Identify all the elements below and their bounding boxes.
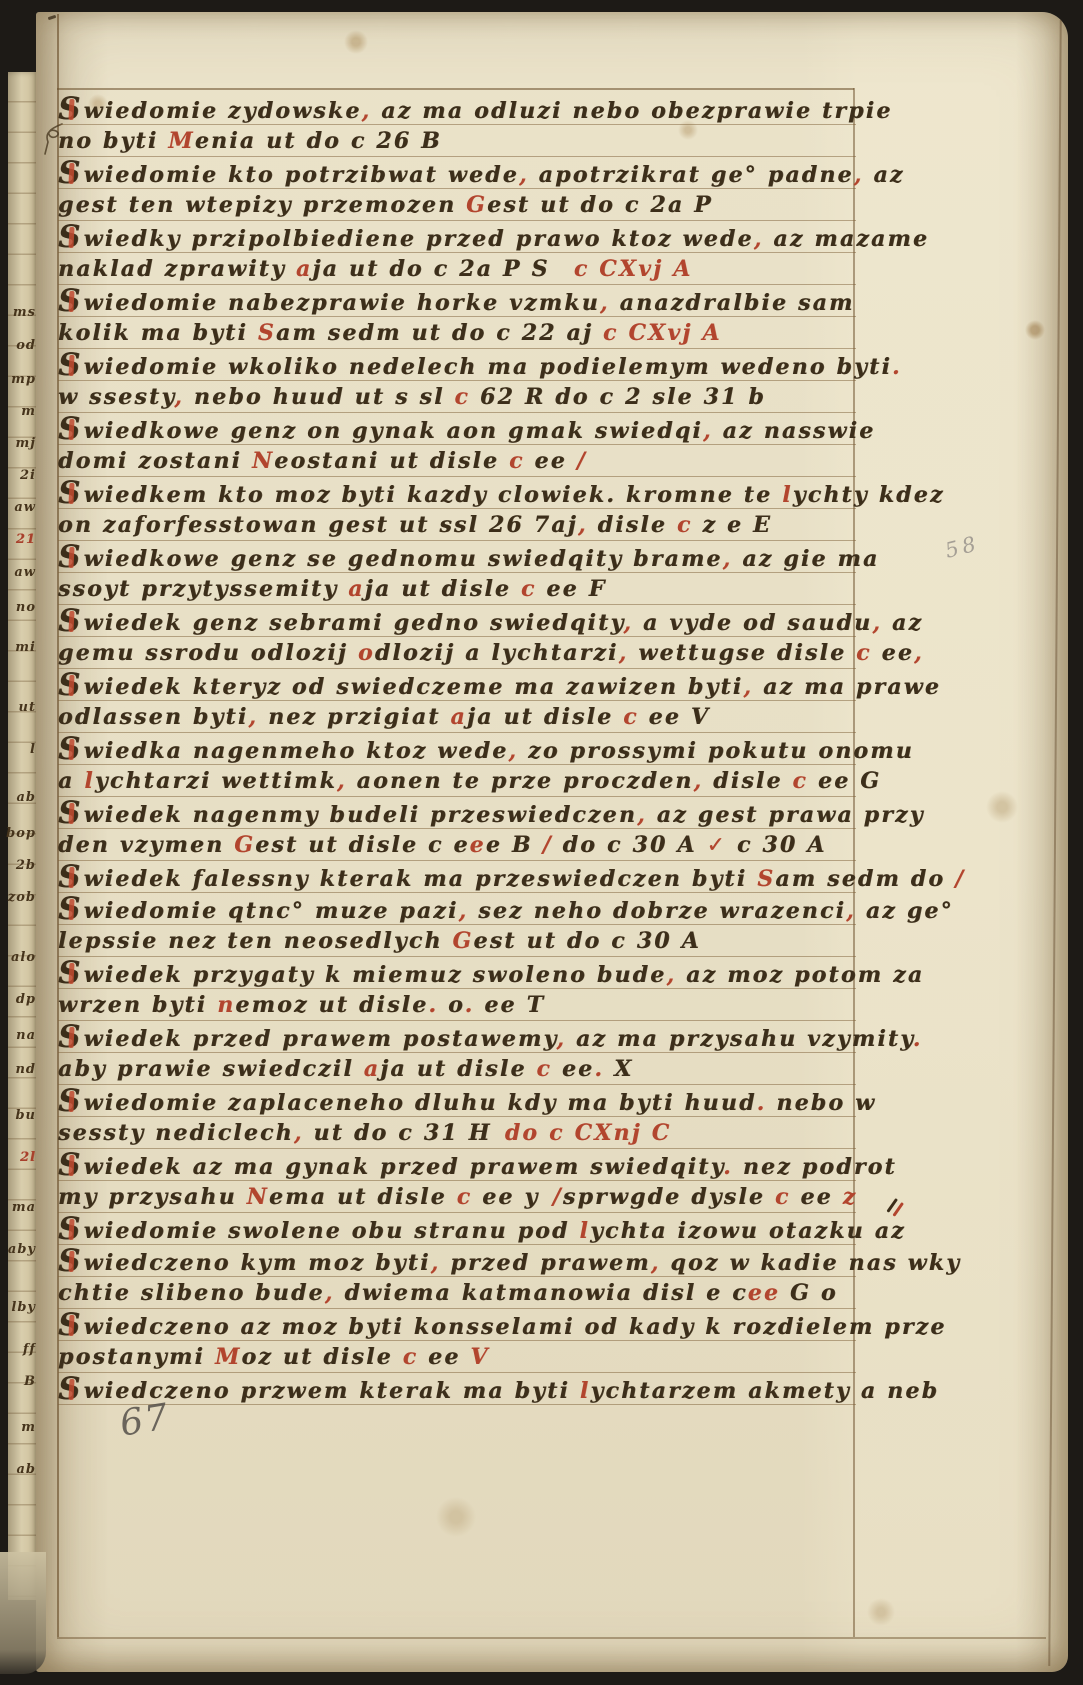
manuscript-line: Swiedek falessny kterak ma przeswiedczen…: [58, 861, 856, 893]
entry-initial: S: [58, 222, 83, 252]
manuscript-line: w ssesty, nebo huud ut s sl c 62 R do c …: [58, 381, 856, 413]
text-segment: wiedomie nabezprawie horke vzmku: [84, 290, 600, 316]
manuscript-line: a lychtarzi wettimk, aonen te prze procz…: [58, 765, 856, 797]
text-segment: l: [84, 768, 95, 794]
text-segment: e B: [486, 832, 533, 858]
text-segment: n: [217, 992, 235, 1018]
text-segment: ,: [703, 418, 713, 444]
text-segment: lepssie nez ten neosedlych: [58, 928, 453, 954]
entry-initial: S: [58, 734, 83, 764]
text-segment: ,: [914, 640, 924, 666]
text-segment: wettugse disle: [628, 640, 856, 666]
text-segment: c: [677, 512, 693, 538]
text-segment: ,: [578, 512, 588, 538]
text-segment: ema ut disle: [269, 1184, 457, 1210]
gutter-text-fragment: ma: [12, 1200, 36, 1215]
text-segment: ,: [362, 98, 372, 124]
text-segment: wiedek nagenmy budeli przeswiedczen: [84, 802, 637, 828]
manuscript-line: postanymi Moz ut disle c ee V: [58, 1341, 856, 1373]
text-segment: N: [247, 1184, 269, 1210]
text-segment: gest ten wtepizy przemozen: [58, 192, 466, 218]
text-segment: N: [252, 448, 274, 474]
text-segment: wiedomie kto potrzibwat wede: [84, 162, 519, 188]
manuscript-line: sessty nediclech, ut do c 31 H do c CXnj…: [58, 1117, 856, 1149]
text-segment: c: [521, 576, 537, 602]
text-segment: ut do c 31 H: [304, 1120, 505, 1146]
gutter-text-fragment: B: [24, 1374, 36, 1389]
text-segment: ee: [748, 1280, 780, 1306]
text-segment: wiedek przygaty k miemuz swoleno bude: [84, 962, 667, 988]
text-segment: M: [168, 128, 195, 154]
text-segment: odlassen byti: [58, 704, 248, 730]
text-segment: ,: [431, 1250, 441, 1276]
manuscript-line: Swiedek genz sebrami gedno swiedqity, a …: [58, 605, 856, 637]
text-segment: no byti: [58, 128, 168, 154]
manuscript-photo: msodmpmmj2iaw21awnomiutlabbop2bzobalodpn…: [0, 0, 1083, 1685]
text-segment: sprwgde dysle: [563, 1184, 775, 1210]
text-segment: am sedm do: [775, 866, 945, 892]
text-segment: ,: [600, 290, 610, 316]
text-segment: wiedek falessny kterak ma przeswiedczen …: [84, 866, 758, 892]
text-segment: ,: [174, 384, 184, 410]
entry-initial: S: [58, 1150, 83, 1180]
text-segment: ,: [619, 640, 629, 666]
manuscript-line: Swiedczeno przwem kterak ma byti lychtar…: [58, 1373, 856, 1405]
text-segment: w ssesty: [58, 384, 174, 410]
text-segment: enia ut do c 26 B: [195, 128, 442, 154]
gutter-text-fragment: dp: [16, 992, 36, 1007]
text-segment: c: [793, 768, 809, 794]
text-segment: az mazame: [764, 226, 930, 252]
text-segment: .: [723, 1154, 733, 1180]
text-segment: gemu ssrodu odlozij: [58, 640, 358, 666]
manuscript-line: Swiedomie nabezprawie horke vzmku, anazd…: [58, 285, 856, 317]
text-segment: eostani ut disle: [274, 448, 509, 474]
text-segment: /: [945, 866, 965, 892]
manuscript-line: Swiedek przed prawem postawemy, az ma pr…: [58, 1021, 856, 1053]
entry-initial: S: [58, 894, 83, 924]
text-segment: ,: [754, 226, 764, 252]
text-segment: M: [215, 1344, 242, 1370]
manuscript-line: kolik ma byti Sam sedm ut do c 22 aj c C…: [58, 317, 856, 349]
text-segment: .: [428, 992, 438, 1018]
manuscript-line: lepssie nez ten neosedlych Gest ut do c …: [58, 925, 856, 957]
page-crease: [1048, 20, 1061, 1666]
text-segment: .: [757, 1090, 767, 1116]
manuscript-line: Swiedkowe genz on gynak aon gmak swiedqi…: [58, 413, 856, 445]
text-segment: ychty kdez: [793, 482, 945, 508]
gutter-text-fragment: mp: [11, 372, 36, 387]
text-segment: az ma odluzi nebo obezprawie trpie: [371, 98, 892, 124]
text-segment: ,: [623, 610, 633, 636]
text-segment: ✓: [706, 832, 727, 858]
entry-initial: S: [58, 414, 83, 444]
text-segment: c: [403, 1344, 419, 1370]
text-segment: sez neho dobrze wrazenci: [468, 898, 846, 924]
text-segment: .: [892, 354, 902, 380]
text-segment: wiedomie qtnc° muze pazi: [84, 898, 459, 924]
entry-initial: S: [58, 1086, 83, 1116]
text-segment: z e E: [693, 512, 772, 538]
text-segment: ,: [337, 768, 347, 794]
text-segment: G: [234, 832, 255, 858]
text-segment: G o: [780, 1280, 838, 1306]
entry-initial: S: [58, 1214, 83, 1244]
text-segment: az gie ma: [732, 546, 879, 572]
text-segment: az moz potom za: [676, 962, 924, 988]
text-segment: ja ut disle: [467, 704, 623, 730]
entry-initial: S: [58, 798, 83, 828]
text-segment: ja ut do c 2a P S: [312, 256, 573, 282]
text-segment: wiedek kteryz od swiedczeme ma zawizen b…: [84, 674, 744, 700]
text-segment: S: [258, 320, 276, 346]
manuscript-line: on zaforfesstowan gest ut ssl 26 7aj, di…: [58, 509, 856, 541]
gutter-text-fragment: aw: [14, 565, 36, 580]
text-segment: ee F: [537, 576, 607, 602]
manuscript-lines: Swiedomie zydowske, az ma odluzi nebo ob…: [58, 93, 856, 1405]
manuscript-line: Swiedczeno az moz byti konsselami od kad…: [58, 1309, 856, 1341]
entry-initial: S: [58, 1374, 83, 1404]
text-segment: c: [457, 1184, 473, 1210]
text-segment: c 30 A: [727, 832, 826, 858]
text-segment: G: [453, 928, 474, 954]
text-segment: wiedky przipolbiediene przed prawo ktoz …: [84, 226, 754, 252]
text-segment: ,: [846, 898, 856, 924]
entry-initial: S: [58, 94, 83, 124]
text-segment: ee T: [475, 992, 546, 1018]
text-segment: ee V: [639, 704, 710, 730]
manuscript-line: Swiedek kteryz od swiedczeme ma zawizen …: [58, 669, 856, 701]
text-segment: az nasswie: [713, 418, 876, 444]
text-segment: ,: [519, 162, 529, 188]
gutter-text-fragment: 2b: [16, 858, 36, 873]
gutter-text-fragment: 2l: [20, 1150, 36, 1165]
text-segment: o: [438, 992, 464, 1018]
text-segment: ee: [791, 1184, 833, 1210]
manuscript-line: gemu ssrodu odlozij odlozij a lychtarzi,…: [58, 637, 856, 669]
text-segment: ja ut disle: [365, 576, 521, 602]
text-segment: c CXvj A: [603, 320, 722, 346]
text-segment: nez przigiat: [258, 704, 450, 730]
manuscript-line: aby prawie swiedczil aja ut disle c ee. …: [58, 1053, 856, 1085]
text-segment: przed prawem: [441, 1250, 651, 1276]
text-segment: .: [594, 1056, 604, 1082]
manuscript-line: my przysahu Nema ut disle c ee y /sprwgd…: [58, 1181, 856, 1213]
text-segment: az ma prawe: [753, 674, 941, 700]
text-segment: ychtarzi wettimk: [95, 768, 337, 794]
manuscript-line: Swiedkem kto moz byti kazdy clowiek. kro…: [58, 477, 856, 509]
text-segment: nebo w: [767, 1090, 877, 1116]
text-segment: ,: [651, 1250, 661, 1276]
text-segment: dlozij a lychtarzi: [375, 640, 619, 666]
gutter-text-fragment: 21: [16, 532, 36, 547]
text-segment: disle: [588, 512, 677, 538]
text-segment: ssoyt przytyssemity: [58, 576, 348, 602]
text-segment: wiedczeno kym moz byti: [84, 1250, 431, 1276]
text-segment: c CXvj A: [574, 256, 693, 282]
text-segment: l: [580, 1378, 591, 1404]
text-segment: nebo huud ut s sl: [184, 384, 454, 410]
text-segment: ,: [325, 1280, 335, 1306]
text-segment: wiedkowe genz se gednomu swiedqity brame: [84, 546, 723, 572]
text-segment: a: [364, 1056, 380, 1082]
corner-pen-mark: [48, 15, 57, 20]
text-segment: emoz ut disle: [235, 992, 428, 1018]
text-segment: wiedomie zaplaceneho dluhu kdy ma byti h…: [84, 1090, 757, 1116]
text-segment: wrzen byti: [58, 992, 217, 1018]
gutter-text-fragment: ut: [19, 700, 36, 715]
text-segment: ,: [294, 1120, 304, 1146]
text-segment: wiedczeno az moz byti konsselami od kady…: [84, 1314, 947, 1340]
text-segment: az: [864, 162, 905, 188]
text-segment: domi zostani: [58, 448, 252, 474]
text-segment: ee G: [808, 768, 881, 794]
gutter-text-fragment: m: [21, 404, 36, 419]
text-segment: ,: [459, 898, 469, 924]
text-segment: anazdralbie sam: [610, 290, 855, 316]
text-segment: my przysahu: [58, 1184, 247, 1210]
text-segment: am sedm ut do c 22 aj: [276, 320, 603, 346]
text-segment: do c 30 A: [553, 832, 707, 858]
gutter-text-fragment: bu: [15, 1108, 36, 1123]
text-segment: ,: [872, 610, 882, 636]
text-segment: ychta izowu otazku az: [590, 1218, 906, 1244]
text-segment: aby prawie swiedczil: [58, 1056, 364, 1082]
gutter-text-fragment: ff: [23, 1342, 36, 1357]
text-segment: /: [553, 1184, 563, 1210]
text-segment: .: [913, 1026, 923, 1052]
text-segment: naklad zprawity: [58, 256, 296, 282]
gutter-text-fragment: m: [21, 1420, 36, 1435]
manuscript-line: odlassen byti, nez przigiat aja ut disle…: [58, 701, 856, 733]
text-segment: az ge°: [856, 898, 954, 924]
gutter-text-fragment: mi: [15, 640, 36, 655]
text-segment: ,: [556, 1026, 566, 1052]
text-segment: aonen te prze proczden: [347, 768, 694, 794]
gutter-text-fragment: aby: [8, 1242, 36, 1257]
manuscript-line: Swiedczeno kym moz byti, przed prawem, q…: [58, 1245, 856, 1277]
entry-initial: S: [58, 158, 83, 188]
text-segment: on zaforfesstowan gest ut ssl 26 7aj: [58, 512, 578, 538]
manuscript-line: Swiedomie zydowske, az ma odluzi nebo ob…: [58, 93, 856, 125]
manuscript-line: Swiedek nagenmy budeli przeswiedczen, az…: [58, 797, 856, 829]
manuscript-line: ssoyt przytyssemity aja ut disle c ee F: [58, 573, 856, 605]
text-segment: S: [757, 866, 775, 892]
text-segment: disle: [703, 768, 792, 794]
text-segment: ,: [666, 962, 676, 988]
text-segment: l: [580, 1218, 591, 1244]
top-frame-rule: [57, 88, 854, 90]
text-segment: do c CXnj C: [505, 1120, 672, 1146]
text-segment: oz ut disle: [242, 1344, 403, 1370]
text-segment: est ut disle c e: [255, 832, 469, 858]
text-segment: dwiema katmanowia disl e c: [335, 1280, 748, 1306]
text-segment: ee: [872, 640, 914, 666]
entry-initial: S: [58, 606, 83, 636]
gutter-text-fragment: na: [16, 1028, 36, 1043]
gutter-text-fragment: ms: [13, 305, 36, 320]
text-segment: nez podrot: [733, 1154, 897, 1180]
text-segment: wiedka nagenmeho ktoz wede: [84, 738, 509, 764]
text-segment: zo prossymi pokutu onomu: [518, 738, 914, 764]
manuscript-line: Swiedomie swolene obu stranu pod lychta …: [58, 1213, 856, 1245]
gutter-text-fragment: nd: [15, 1062, 36, 1077]
manuscript-line: gest ten wtepizy przemozen Gest ut do c …: [58, 189, 856, 221]
text-segment: az: [882, 610, 923, 636]
text-segment: G: [466, 192, 487, 218]
entry-initial: S: [58, 542, 83, 572]
entry-initial: S: [58, 1310, 83, 1340]
gutter-text-fragment: no: [16, 600, 36, 615]
text-segment: /: [567, 448, 587, 474]
manuscript-line: domi zostani Neostani ut disle c ee /: [58, 445, 856, 477]
gutter-text-fragment: bop: [6, 826, 36, 841]
text-segment: wiedomie zydowske: [84, 98, 362, 124]
manuscript-line: chtie slibeno bude, dwiema katmanowia di…: [58, 1277, 856, 1309]
text-segment: apotrzikrat ge° padne: [529, 162, 854, 188]
entry-initial: S: [58, 862, 83, 892]
text-segment: c: [537, 1056, 553, 1082]
manuscript-line: Swiedomie kto potrzibwat wede, apotrzikr…: [58, 157, 856, 189]
gutter-text-fragment: mj: [16, 436, 36, 451]
text-segment: ee: [552, 1056, 594, 1082]
manuscript-line: Swiedomie zaplaceneho dluhu kdy ma byti …: [58, 1085, 856, 1117]
text-segment: ,: [508, 738, 518, 764]
text-segment: wiedek genz sebrami gedno swiedqity: [84, 610, 624, 636]
text-segment: X: [604, 1056, 633, 1082]
text-segment: ee: [418, 1344, 470, 1370]
text-segment: l: [782, 482, 793, 508]
entry-initial: S: [58, 478, 83, 508]
text-segment: o: [358, 640, 375, 666]
gutter-text-fragment: zob: [8, 890, 36, 905]
text-segment: c: [455, 384, 471, 410]
page-curl-shadow: [0, 1552, 46, 1674]
text-segment: den vzymen: [58, 832, 234, 858]
manuscript-line: Swiedek az ma gynak przed prawem swiedqi…: [58, 1149, 856, 1181]
text-segment: z: [833, 1184, 858, 1210]
text-segment: c: [856, 640, 872, 666]
margin-nota-mark: [884, 1198, 906, 1218]
text-segment: wiedomie swolene obu stranu pod: [84, 1218, 580, 1244]
manuscript-line: Swiedomie qtnc° muze pazi, sez neho dobr…: [58, 893, 856, 925]
text-segment: a: [348, 576, 364, 602]
entry-initial: S: [58, 670, 83, 700]
text-segment: sessty nediclech: [58, 1120, 294, 1146]
text-segment: ,: [248, 704, 258, 730]
text-segment: qoz w kadie nas wky: [661, 1250, 962, 1276]
text-segment: ,: [743, 674, 753, 700]
manuscript-line: no byti Menia ut do c 26 B: [58, 125, 856, 157]
text-segment: wiedek az ma gynak przed prawem swiedqit…: [84, 1154, 724, 1180]
manuscript-line: naklad zprawity aja ut do c 2a P S c CXv…: [58, 253, 856, 285]
text-segment: ja ut disle: [380, 1056, 536, 1082]
text-segment: ychtarzem akmety a neb: [590, 1378, 939, 1404]
text-segment: c: [509, 448, 525, 474]
gutter-text-fragment: ab: [16, 1462, 36, 1477]
text-segment: ee y: [472, 1184, 552, 1210]
text-segment: ,: [854, 162, 864, 188]
text-segment: wiedkowe genz on gynak aon gmak swiedqi: [84, 418, 703, 444]
entry-initial: S: [58, 1022, 83, 1052]
text-segment: a: [296, 256, 312, 282]
manuscript-line: Swiedky przipolbiediene przed prawo ktoz…: [58, 221, 856, 253]
text-segment: ee: [525, 448, 567, 474]
gutter-text-fragment: alo: [11, 950, 36, 965]
text-segment: az ma przysahu vzymity: [566, 1026, 913, 1052]
gutter-text-fragment: 2i: [20, 468, 36, 483]
text-segment: ,: [637, 802, 647, 828]
manuscript-line: Swiedka nagenmeho ktoz wede, zo prossymi…: [58, 733, 856, 765]
gutter-text-fragment: ab: [16, 790, 36, 805]
manuscript-page: Swiedomie zydowske, az ma odluzi nebo ob…: [36, 12, 1068, 1672]
text-segment: c: [775, 1184, 791, 1210]
gutter-text-fragment: od: [16, 338, 36, 353]
entry-initial: S: [58, 350, 83, 380]
text-segment: wiedkem kto moz byti kazdy clowiek. krom…: [84, 482, 783, 508]
text-segment: e: [470, 832, 486, 858]
text-segment: a vyde od saudu: [633, 610, 872, 636]
entry-initial: S: [58, 1246, 83, 1276]
text-segment: est ut do c 2a P: [487, 192, 713, 218]
manuscript-line: Swiedkowe genz se gednomu swiedqity bram…: [58, 541, 856, 573]
text-segment: 62 R do c 2 sle 31 b: [470, 384, 766, 410]
entry-initial: S: [58, 958, 83, 988]
manuscript-line: wrzen byti nemoz ut disle. o. ee T: [58, 989, 856, 1021]
text-segment: wiedomie wkoliko nedelech ma podielemym …: [84, 354, 892, 380]
text-segment: V: [470, 1344, 489, 1370]
entry-initial: S: [58, 286, 83, 316]
bottom-frame-rule: [57, 1637, 1046, 1639]
gutter-text-fragment: aw: [14, 500, 36, 515]
gutter-text-fragment: lby: [11, 1300, 36, 1315]
text-segment: wiedek przed prawem postawemy: [84, 1026, 557, 1052]
text-segment: postanymi: [58, 1344, 215, 1370]
text-segment: chtie slibeno bude: [58, 1280, 325, 1306]
text-segment: est ut do c 30 A: [474, 928, 701, 954]
text-segment: a: [58, 768, 84, 794]
manuscript-line: Swiedomie wkoliko nedelech ma podielemym…: [58, 349, 856, 381]
text-segment: .: [465, 992, 475, 1018]
folio-number-pencil: 58: [943, 531, 983, 563]
text-segment: ,: [723, 546, 733, 572]
text-segment: kolik ma byti: [58, 320, 258, 346]
text-segment: az gest prawa przy: [647, 802, 925, 828]
text-segment: ,: [693, 768, 703, 794]
text-segment: /: [533, 832, 553, 858]
manuscript-line: Swiedek przygaty k miemuz swoleno bude, …: [58, 957, 856, 989]
manuscript-line: den vzymen Gest ut disle c eee B / do c …: [58, 829, 856, 861]
text-segment: c: [623, 704, 639, 730]
quire-number-pencil: 67: [117, 1396, 173, 1444]
text-segment: a: [451, 704, 467, 730]
